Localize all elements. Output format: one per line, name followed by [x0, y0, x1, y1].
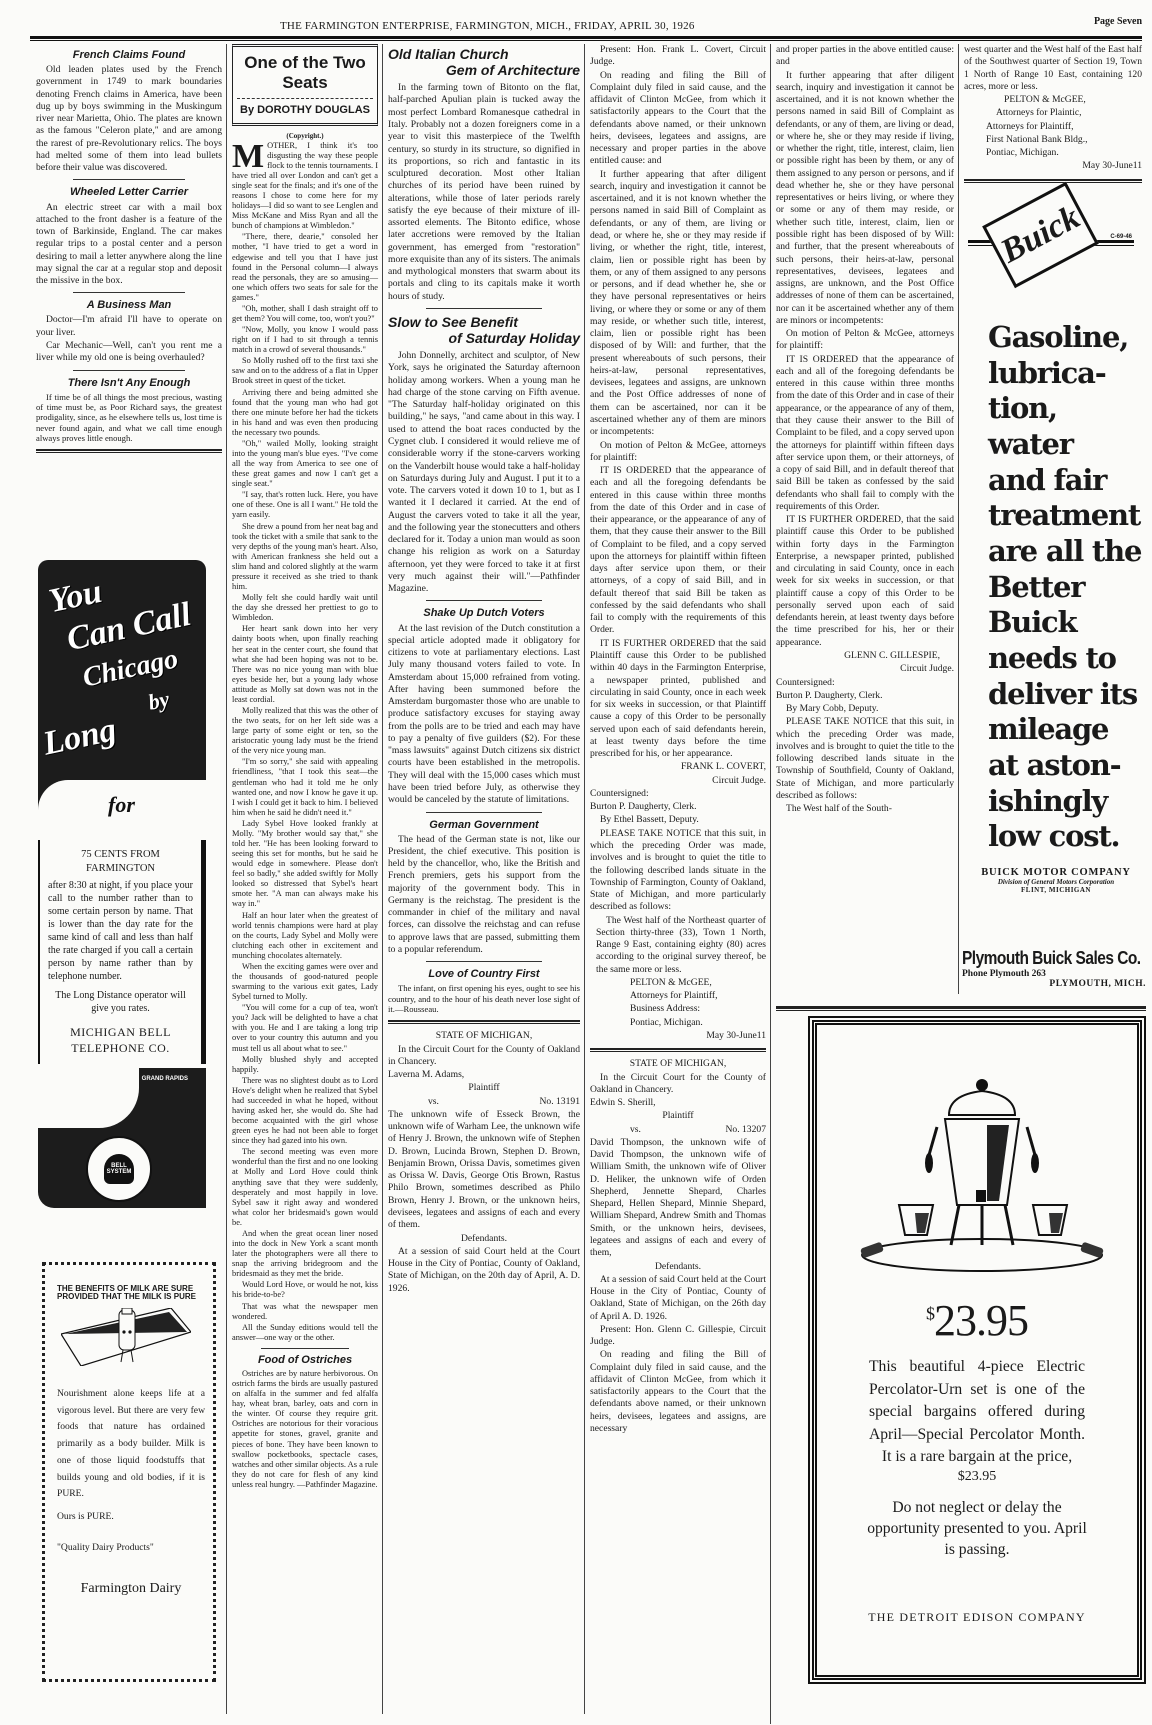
story-paragraph: "There, there, dearie," consoled her mot…	[232, 232, 378, 303]
ad-operator: The Long Distance operator will give you…	[48, 989, 193, 1015]
ad-code: C-69-46	[1110, 234, 1132, 240]
ad-headline-line: Long	[40, 691, 206, 764]
clerk: Burton P. Daugherty, Clerk.	[776, 690, 954, 702]
divider	[73, 370, 185, 371]
legal-notice: PLEASE TAKE NOTICE that this suit, in wh…	[776, 716, 954, 802]
legal-notice-13191: STATE OF MICHIGAN, In the Circuit Court …	[388, 1030, 580, 1295]
percolator-urn-illustration	[837, 1055, 1117, 1285]
article-body: Doctor—I'm afraid I'll have to operate o…	[36, 314, 222, 339]
ad-headline: THE BENEFITS OF MILK ARE SURE PROVIDED T…	[57, 1285, 205, 1302]
ad-body: 75 CENTS FROM FARMINGTON after 8:30 at n…	[38, 840, 206, 1064]
story-paragraph: Half an hour later when the greatest of …	[232, 911, 378, 961]
buick-ad: Buick C-69-46 Gasoline, lubrica- tion, w…	[968, 182, 1144, 742]
bell-telephone-ad: You Can Call Chicago by Long for 75 CENT…	[38, 560, 206, 1220]
ad-company: Farmington Dairy	[57, 1577, 205, 1602]
legal-plaintiff: Edwin S. Sherill,	[590, 1097, 766, 1109]
column-divider	[770, 44, 771, 1724]
attorney-title: Attorneys for Plaintiff,	[964, 121, 1142, 133]
milk-bottle-illustration	[57, 1304, 205, 1370]
attorney-title: Attorneys for Plaintiff,	[590, 990, 766, 1002]
business-address: Business Address:	[590, 1003, 766, 1015]
divider	[426, 812, 541, 813]
legal-vs: vs.No. 13191	[388, 1096, 580, 1108]
divider	[73, 292, 185, 293]
company-division: Division of General Motors Corporation	[968, 878, 1144, 886]
column-story: One of the Two Seats By DOROTHY DOUGLAS …	[232, 44, 378, 1491]
judge-title: Circuit Judge.	[776, 663, 954, 675]
ad-small-price: $23.95	[837, 1469, 1117, 1485]
buick-dealer: Plymouth Buick Sales Co. Phone Plymouth …	[962, 948, 1146, 989]
article-business-man: A Business Man Doctor—I'm afraid I'll ha…	[36, 298, 222, 364]
headline: Slow to See Benefit of Saturday Holiday	[388, 314, 580, 346]
legal-further-ordered: IT IS FURTHER ORDERED that the said Plai…	[590, 638, 766, 761]
legal-reading: On reading and filing the Bill of Compla…	[590, 70, 766, 168]
story-paragraph: That was what the newspaper men wondered…	[232, 1302, 378, 1322]
headline: Shake Up Dutch Voters	[388, 606, 580, 620]
story-paragraph: "I'm so sorry," she said with appealing …	[232, 757, 378, 817]
dealer-city: PLYMOUTH, MICH.	[962, 979, 1146, 989]
ad-text: Nourishment alone keeps life at a vigoro…	[57, 1386, 205, 1503]
detroit-edison-ad: $23.95 This beautiful 4-piece Electric P…	[812, 1020, 1142, 1680]
legal-present: Present: Hon. Glenn C. Gillespie, Circui…	[590, 1324, 766, 1349]
story-paragraph: Would Lord Hove, or would he not, kiss h…	[232, 1280, 378, 1300]
legal-reading: On reading and filing the Bill of Compla…	[590, 1349, 766, 1435]
story-title: One of the Two Seats	[237, 53, 373, 92]
legal-further: It further appearing that after diligent…	[776, 70, 954, 328]
legal-plaintiff-label: Plaintiff	[590, 1110, 766, 1122]
article-body: Ostriches are by nature herbivorous. On …	[232, 1369, 378, 1490]
legal-plaintiff: Laverna M. Adams,	[388, 1069, 580, 1081]
publication-dates: May 30-June11	[590, 1030, 766, 1042]
article-body: Old leaden plates used by the French gov…	[36, 64, 222, 174]
ad-tagline: "Quality Dairy Products"	[57, 1540, 205, 1557]
story-paragraph: So Molly rushed off to the first taxi sh…	[232, 356, 378, 386]
article-body: An electric street car with a mail box a…	[36, 202, 222, 288]
story-paragraph: "Now, Molly, you know I would pass right…	[232, 325, 378, 355]
legal-present: Present: Hon. Frank L. Covert, Circuit J…	[590, 44, 766, 69]
column-1: French Claims Found Old leaden plates us…	[36, 44, 222, 459]
attorney-title: Attorneys for Plaintic,	[964, 107, 1142, 119]
article-love-of-country: Love of Country First The infant, on fir…	[388, 967, 580, 1014]
ad-copy: Gasoline, lubrica- tion, water and fair …	[968, 320, 1144, 855]
legal-notice-13207: STATE OF MICHIGAN, In the Circuit Court …	[590, 1058, 766, 1435]
column-divider	[226, 44, 227, 1714]
legal-session: At a session of said Court held at the C…	[388, 1246, 580, 1295]
buick-emblem-icon: Buick	[982, 182, 1099, 288]
countersigned: Countersigned:	[590, 788, 766, 800]
story-paragraph: Her heart sank down into her very dainty…	[232, 624, 378, 705]
article-body: In the farming town of Bitonto on the fl…	[388, 82, 580, 303]
address: First National Bank Bldg.,	[964, 134, 1142, 146]
story-paragraph: There was no slightest doubt as to Lord …	[232, 1076, 378, 1147]
legal-state: STATE OF MICHIGAN,	[388, 1030, 580, 1042]
legal-state: STATE OF MICHIGAN,	[590, 1058, 766, 1070]
divider	[73, 179, 185, 180]
legal-ordered: IT IS ORDERED that the appearance of eac…	[590, 465, 766, 637]
divider	[776, 1006, 1146, 1011]
legal-notice-farmington: Present: Hon. Frank L. Covert, Circuit J…	[590, 44, 766, 1042]
ad-price: 75 CENTS FROM FARMINGTON	[48, 848, 193, 875]
ad-text: after 8:30 at night, if you place your c…	[48, 879, 193, 983]
company-city: FLINT, MICHIGAN	[968, 886, 1144, 894]
divider	[426, 308, 541, 309]
ad-headline-block: You Can Call Chicago by Long for	[38, 560, 206, 840]
lake-michigan	[38, 1068, 139, 1128]
headline: There Isn't Any Enough	[36, 376, 222, 390]
story-paragraph: "I say, that's rotten luck. Here, you ha…	[232, 490, 378, 520]
dealer-name: Plymouth Buick Sales Co.	[962, 948, 1120, 969]
drop-cap: M	[232, 143, 264, 171]
ad-price: $23.95	[837, 1295, 1117, 1346]
divider	[36, 449, 222, 453]
story-byline: By DOROTHY DOUGLAS	[237, 98, 373, 117]
legal-plaintiff-label: Plaintiff	[388, 1082, 580, 1094]
legal-text: and proper parties in the above entitled…	[776, 44, 954, 69]
story-paragraph: "Oh," wailed Molly, looking straight int…	[232, 439, 378, 489]
newspaper-title: THE FARMINGTON ENTERPRISE, FARMINGTON, M…	[280, 20, 695, 32]
legal-defendants: David Thompson, the unknown wife of Davi…	[590, 1137, 766, 1260]
headline: French Claims Found	[36, 48, 222, 62]
legal-land-continued: west quarter and the West half of the Ea…	[964, 44, 1142, 93]
page-number: Page Seven	[1094, 16, 1142, 27]
column-5: Present: Hon. Frank L. Covert, Circuit J…	[590, 44, 766, 1436]
story-paragraph: Molly realized that this was the other o…	[232, 706, 378, 756]
legal-notice: PLEASE TAKE NOTICE that this suit, in wh…	[590, 828, 766, 914]
masthead-rule	[30, 36, 1142, 41]
legal-motion: On motion of Pelton & McGee, attorneys f…	[590, 440, 766, 465]
attorney: PELTON & McGEE,	[964, 94, 1142, 106]
article-french-claims: French Claims Found Old leaden plates us…	[36, 48, 222, 174]
story-header: One of the Two Seats By DOROTHY DOUGLAS	[232, 44, 378, 126]
milk-bottle-icon	[61, 1308, 191, 1366]
legal-defendants: The unknown wife of Esseck Brown, the un…	[388, 1109, 580, 1232]
judge-name: GLENN C. GILLESPIE,	[776, 650, 954, 662]
case-number: No. 13191	[539, 1096, 580, 1108]
ad-call-to-action: Do not neglect or delay the opportunity …	[861, 1497, 1093, 1560]
article-enough: There Isn't Any Enough If time be of all…	[36, 376, 222, 444]
story-paragraph: Molly blushed shyly and accepted happily…	[232, 1055, 378, 1075]
headline: Wheeled Letter Carrier	[36, 185, 222, 199]
map-label-grand-rapids: GRAND RAPIDS	[142, 1076, 188, 1082]
dealer-phone: Phone Plymouth 263	[962, 969, 1146, 979]
legal-court: In the Circuit Court for the County of O…	[388, 1044, 580, 1069]
story-paragraph: "Oh, mother, shall I dash straight off t…	[232, 304, 378, 324]
story-paragraph: The second meeting was even more wonderf…	[232, 1147, 378, 1228]
divider	[261, 1348, 349, 1349]
legal-land: The West half of the South-	[776, 803, 954, 815]
manufacturer: BUICK MOTOR COMPANY Division of General …	[968, 867, 1144, 894]
headline: Old Italian Church Gem of Architecture	[388, 46, 580, 78]
article-dutch-voters: Shake Up Dutch Voters At the last revisi…	[388, 606, 580, 806]
legal-notice-southfield: and proper parties in the above entitled…	[776, 44, 954, 815]
ad-ours: Ours is PURE.	[57, 1509, 205, 1526]
countersigned: Countersigned:	[776, 677, 954, 689]
divider	[426, 961, 541, 962]
ad-company: MICHIGAN BELL TELEPHONE CO.	[48, 1025, 193, 1056]
attorney: PELTON & McGEE,	[590, 977, 766, 989]
story-paragraph: When the exciting games were over and th…	[232, 962, 378, 1002]
article-food-of-ostriches: Food of Ostriches Ostriches are by natur…	[232, 1354, 378, 1490]
column-divider	[382, 44, 383, 1714]
masthead: THE FARMINGTON ENTERPRISE, FARMINGTON, M…	[30, 16, 1142, 38]
article-german-government: German Government The head of the German…	[388, 818, 580, 957]
article-body: If time be of all things the most precio…	[36, 392, 222, 444]
divider	[388, 1020, 580, 1024]
headline: German Government	[388, 818, 580, 832]
ad-for-text: for	[108, 792, 135, 817]
legal-defendants-label: Defendants.	[388, 1233, 580, 1245]
clerk: Burton P. Daugherty, Clerk.	[590, 801, 766, 813]
column-4: Old Italian Church Gem of Architecture I…	[388, 44, 580, 1296]
legal-further: It further appearing that after diligent…	[590, 169, 766, 439]
judge-title: Circuit Judge.	[590, 775, 766, 787]
bell-system-seal-icon: BELL SYSTEM	[86, 1136, 152, 1202]
column-6: and proper parties in the above entitled…	[776, 44, 954, 1004]
judge-name: FRANK L. COVERT,	[590, 761, 766, 773]
headline: Food of Ostriches	[232, 1354, 378, 1367]
legal-further-ordered: IT IS FURTHER ORDERED, that the said pla…	[776, 514, 954, 649]
story-paragraph: She drew a pound from her neat bag and t…	[232, 522, 378, 593]
ad-for: for	[38, 780, 206, 840]
deputy: By Mary Cobb, Deputy.	[776, 703, 954, 715]
deputy: By Ethel Bassett, Deputy.	[590, 814, 766, 826]
article-old-italian-church: Old Italian Church Gem of Architecture I…	[388, 46, 580, 303]
case-number: No. 13207	[725, 1124, 766, 1136]
article-saturday-holiday: Slow to See Benefit of Saturday Holiday …	[388, 314, 580, 596]
story-paragraph: Molly felt she could hardly wait until t…	[232, 593, 378, 623]
divider	[426, 600, 541, 601]
farmington-dairy-ad: THE BENEFITS OF MILK ARE SURE PROVIDED T…	[42, 1262, 216, 1682]
buick-logo: Buick C-69-46	[968, 182, 1144, 292]
ad-company: THE DETROIT EDISON COMPANY	[837, 1610, 1117, 1625]
ad-body: This beautiful 4-piece Electric Percolat…	[869, 1356, 1085, 1469]
city: Pontiac, Michigan.	[590, 1017, 766, 1029]
divider	[590, 1048, 766, 1052]
legal-ordered: IT IS ORDERED that the appearance of eac…	[776, 354, 954, 513]
legal-vs: vs.No. 13207	[590, 1124, 766, 1136]
legal-court: In the Circuit Court for the County of O…	[590, 1072, 766, 1097]
legal-defendants-label: Defendants.	[590, 1261, 766, 1273]
article-body: John Donnelly, architect and sculptor, o…	[388, 350, 580, 595]
story-paragraph: All the Sunday editions would tell the a…	[232, 1323, 378, 1343]
headline: A Business Man	[36, 298, 222, 312]
story-paragraph: "You will come for a cup of tea, won't y…	[232, 1003, 378, 1053]
city: Pontiac, Michigan.	[964, 147, 1142, 159]
column-divider	[584, 44, 585, 1714]
story-paragraph: Lady Sybel Hove looked frankly at Molly.…	[232, 819, 378, 910]
article-body: The infant, on first opening his eyes, o…	[388, 983, 580, 1014]
article-body: Car Mechanic—Well, can't you rent me a l…	[36, 340, 222, 365]
legal-land: The West half of the Northeast quarter o…	[590, 915, 766, 976]
story-paragraph: MOTHER, I think it's too disgusting the …	[232, 141, 378, 232]
michigan-map: GRAND RAPIDS BELL SYSTEM	[38, 1068, 206, 1208]
publication-dates: May 30-June11	[964, 160, 1142, 172]
story-paragraph: Arriving there and being admitted she fo…	[232, 388, 378, 438]
article-wheeled-letter-carrier: Wheeled Letter Carrier An electric stree…	[36, 185, 222, 287]
legal-session: At a session of said Court held at the C…	[590, 1274, 766, 1323]
bell-icon: BELL SYSTEM	[104, 1154, 134, 1184]
headline: Love of Country First	[388, 967, 580, 981]
legal-motion: On motion of Pelton & McGee, attorneys f…	[776, 328, 954, 353]
article-body: The head of the German state is not, lik…	[388, 834, 580, 957]
percolator-urn-icon	[837, 1055, 1127, 1285]
column-divider	[958, 44, 959, 994]
story-paragraph: And when the great ocean liner nosed int…	[232, 1229, 378, 1279]
column-7: west quarter and the West half of the Ea…	[964, 44, 1142, 189]
company-name: BUICK MOTOR COMPANY	[968, 867, 1144, 878]
article-body: At the last revision of the Dutch consti…	[388, 623, 580, 807]
